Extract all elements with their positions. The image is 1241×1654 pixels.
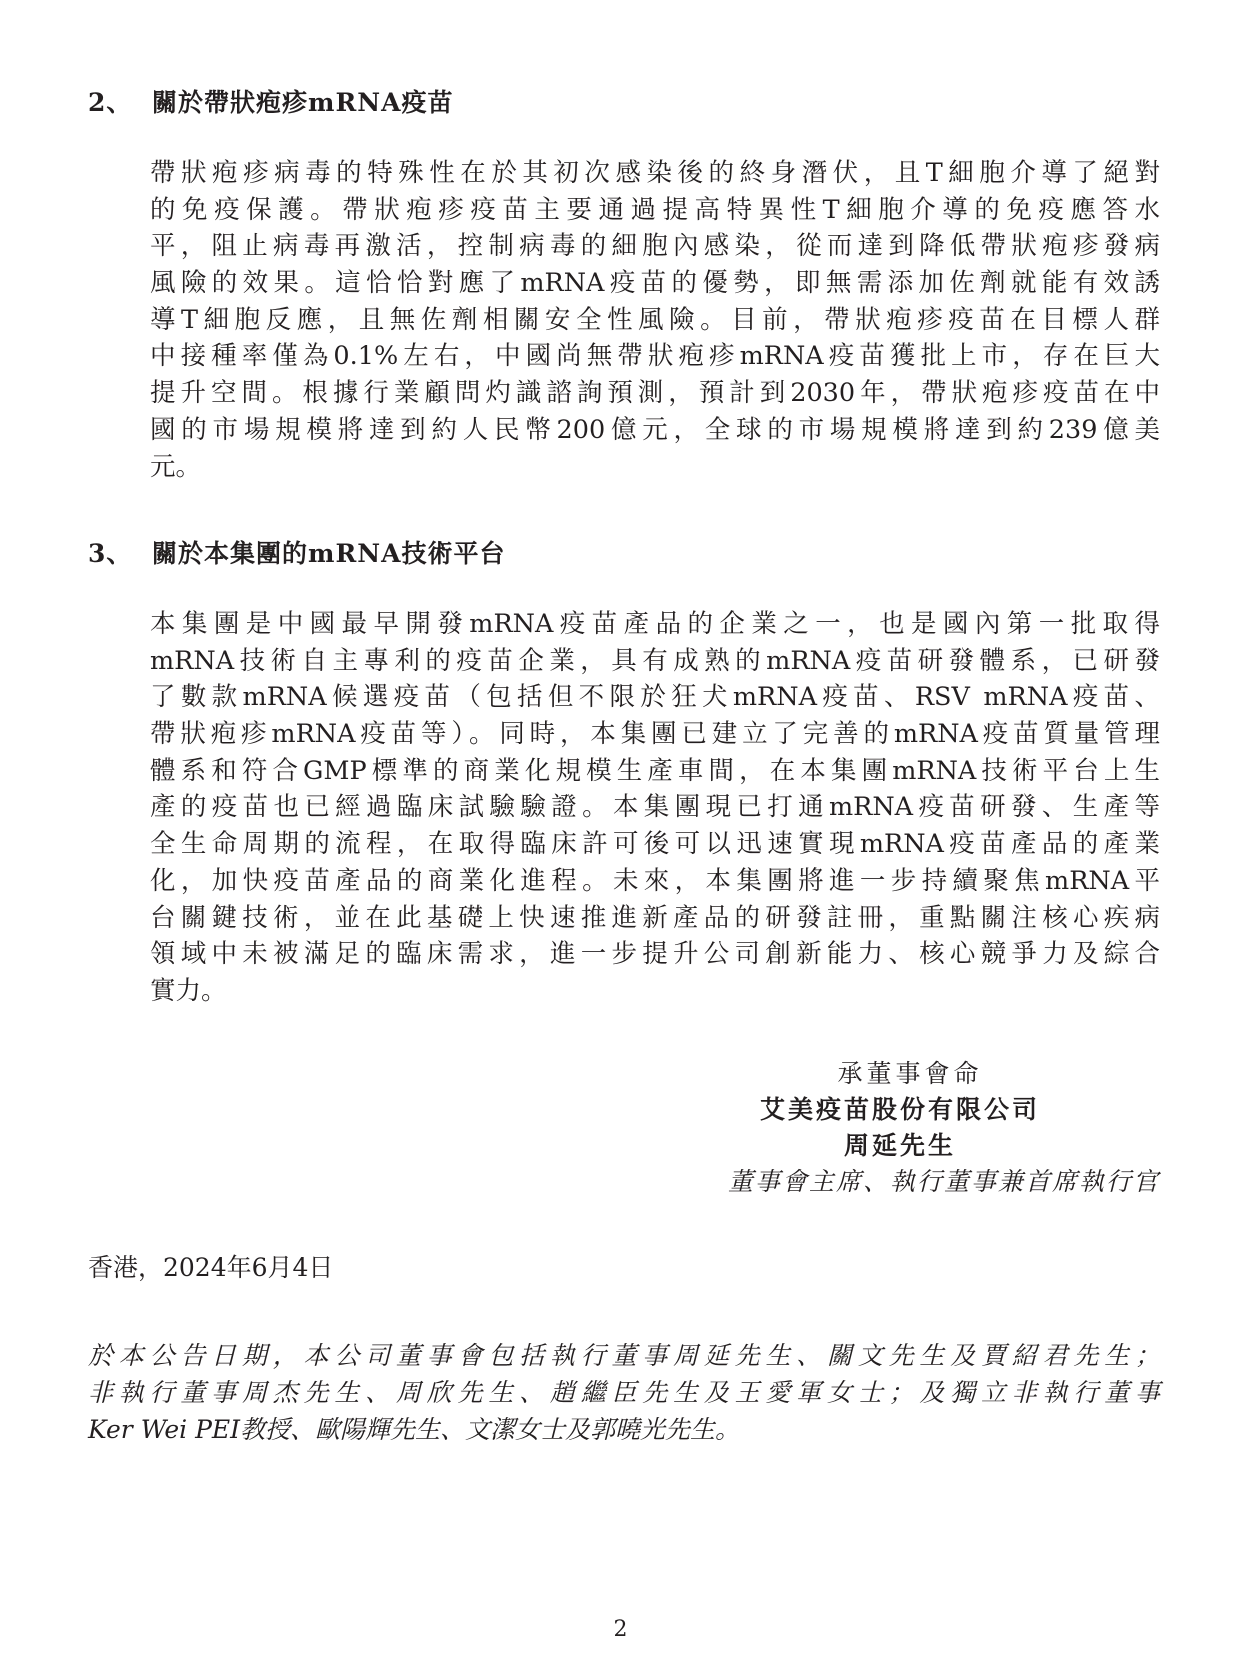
paragraph-line: 了數款mRNA候選疫苗（包括但不限於狂犬mRNA疫苗、RSV mRNA疫苗、 — [150, 679, 1160, 716]
note-line: 於本公告日期，本公司董事會包括執行董事周延先生、關文先生及賈紹君先生； — [88, 1337, 1160, 1374]
paragraph-line: 化，加快疫苗產品的商業化進程。未來，本集團將進一步持續聚焦mRNA平 — [150, 863, 1160, 900]
paragraph-line: 提升空間。根據行業顧問灼識諮詢預測，預計到2030年，帶狀疱疹疫苗在中 — [150, 375, 1160, 412]
section-heading-shingles-vaccine: 2、關於帶狀疱疹mRNA疫苗 — [88, 88, 453, 118]
section-number: 3、 — [88, 539, 152, 569]
by-order-of-board: 承董事會命 — [640, 1056, 1160, 1092]
paragraph-line: 帶狀疱疹mRNA疫苗等）。同時，本集團已建立了完善的mRNA疫苗質量管理 — [150, 716, 1160, 753]
document-page: 2、關於帶狀疱疹mRNA疫苗 帶狀疱疹病毒的特殊性在於其初次感染後的終身潛伏，且… — [0, 0, 1241, 1654]
paragraph-line: mRNA技術自主專利的疫苗企業，具有成熟的mRNA疫苗研發體系，已研發 — [150, 643, 1160, 680]
paragraph-line: 平，阻止病毒再激活，控制病毒的細胞內感染，從而達到降低帶狀疱疹發病 — [150, 228, 1160, 265]
paragraph-line: 產的疫苗也已經過臨床試驗驗證。本集團現已打通mRNA疫苗研發、生產等 — [150, 789, 1160, 826]
date-line: 香港，2024年6月4日 — [88, 1250, 333, 1286]
section-number: 2、 — [88, 88, 152, 118]
paragraph-line: 元。 — [150, 449, 1160, 486]
paragraph-line: 體系和符合GMP標準的商業化規模生產車間，在本集團mRNA技術平台上生 — [150, 753, 1160, 790]
paragraph-line: 風險的效果。這恰恰對應了mRNA疫苗的優勢，即無需添加佐劑就能有效誘 — [150, 265, 1160, 302]
company-name: 艾美疫苗股份有限公司 — [640, 1092, 1160, 1128]
section-title: 關於帶狀疱疹mRNA疫苗 — [152, 88, 453, 117]
paragraph-line: 領域中未被滿足的臨床需求，進一步提升公司創新能力、核心競爭力及綜合 — [150, 936, 1160, 973]
paragraph-mrna-platform: 本集團是中國最早開發mRNA疫苗產品的企業之一，也是國內第一批取得 mRNA技術… — [150, 606, 1160, 1010]
paragraph-line: 全生命周期的流程，在取得臨床許可後可以迅速實現mRNA疫苗產品的產業 — [150, 826, 1160, 863]
board-composition-note: 於本公告日期，本公司董事會包括執行董事周延先生、關文先生及賈紹君先生； 非執行董… — [88, 1337, 1160, 1448]
paragraph-line: 帶狀疱疹病毒的特殊性在於其初次感染後的終身潛伏，且T細胞介導了絕對 — [150, 155, 1160, 192]
page-number: 2 — [0, 1617, 1241, 1643]
section-heading-mrna-platform: 3、關於本集團的mRNA技術平台 — [88, 539, 505, 569]
paragraph-line: 的免疫保護。帶狀疱疹疫苗主要通過提高特異性T細胞介導的免疫應答水 — [150, 192, 1160, 229]
note-line: 非執行董事周杰先生、周欣先生、趙繼臣先生及王愛軍女士；及獨立非執行董事 — [88, 1374, 1160, 1411]
paragraph-line: 台關鍵技術，並在此基礎上快速推進新產品的研發註冊，重點關注核心疾病 — [150, 900, 1160, 937]
paragraph-line: 本集團是中國最早開發mRNA疫苗產品的企業之一，也是國內第一批取得 — [150, 606, 1160, 643]
section-title: 關於本集團的mRNA技術平台 — [152, 539, 505, 568]
paragraph-line: 導T細胞反應，且無佐劑相關安全性風險。目前，帶狀疱疹疫苗在目標人群 — [150, 302, 1160, 339]
paragraph-shingles-vaccine: 帶狀疱疹病毒的特殊性在於其初次感染後的終身潛伏，且T細胞介導了絕對 的免疫保護。… — [150, 155, 1160, 485]
paragraph-line: 國的市場規模將達到約人民幣200億元，全球的市場規模將達到約239億美 — [150, 412, 1160, 449]
signatory-position: 董事會主席、執行董事兼首席執行官 — [640, 1164, 1160, 1200]
signature-block: 承董事會命 艾美疫苗股份有限公司 周延先生 董事會主席、執行董事兼首席執行官 — [640, 1056, 1160, 1200]
signatory-name: 周延先生 — [640, 1128, 1160, 1164]
paragraph-line: 中接種率僅為0.1%左右，中國尚無帶狀疱疹mRNA疫苗獲批上市，存在巨大 — [150, 338, 1160, 375]
paragraph-line: 實力。 — [150, 973, 1160, 1010]
note-line: Ker Wei PEI教授、歐陽輝先生、文潔女士及郭曉光先生。 — [88, 1411, 1160, 1448]
